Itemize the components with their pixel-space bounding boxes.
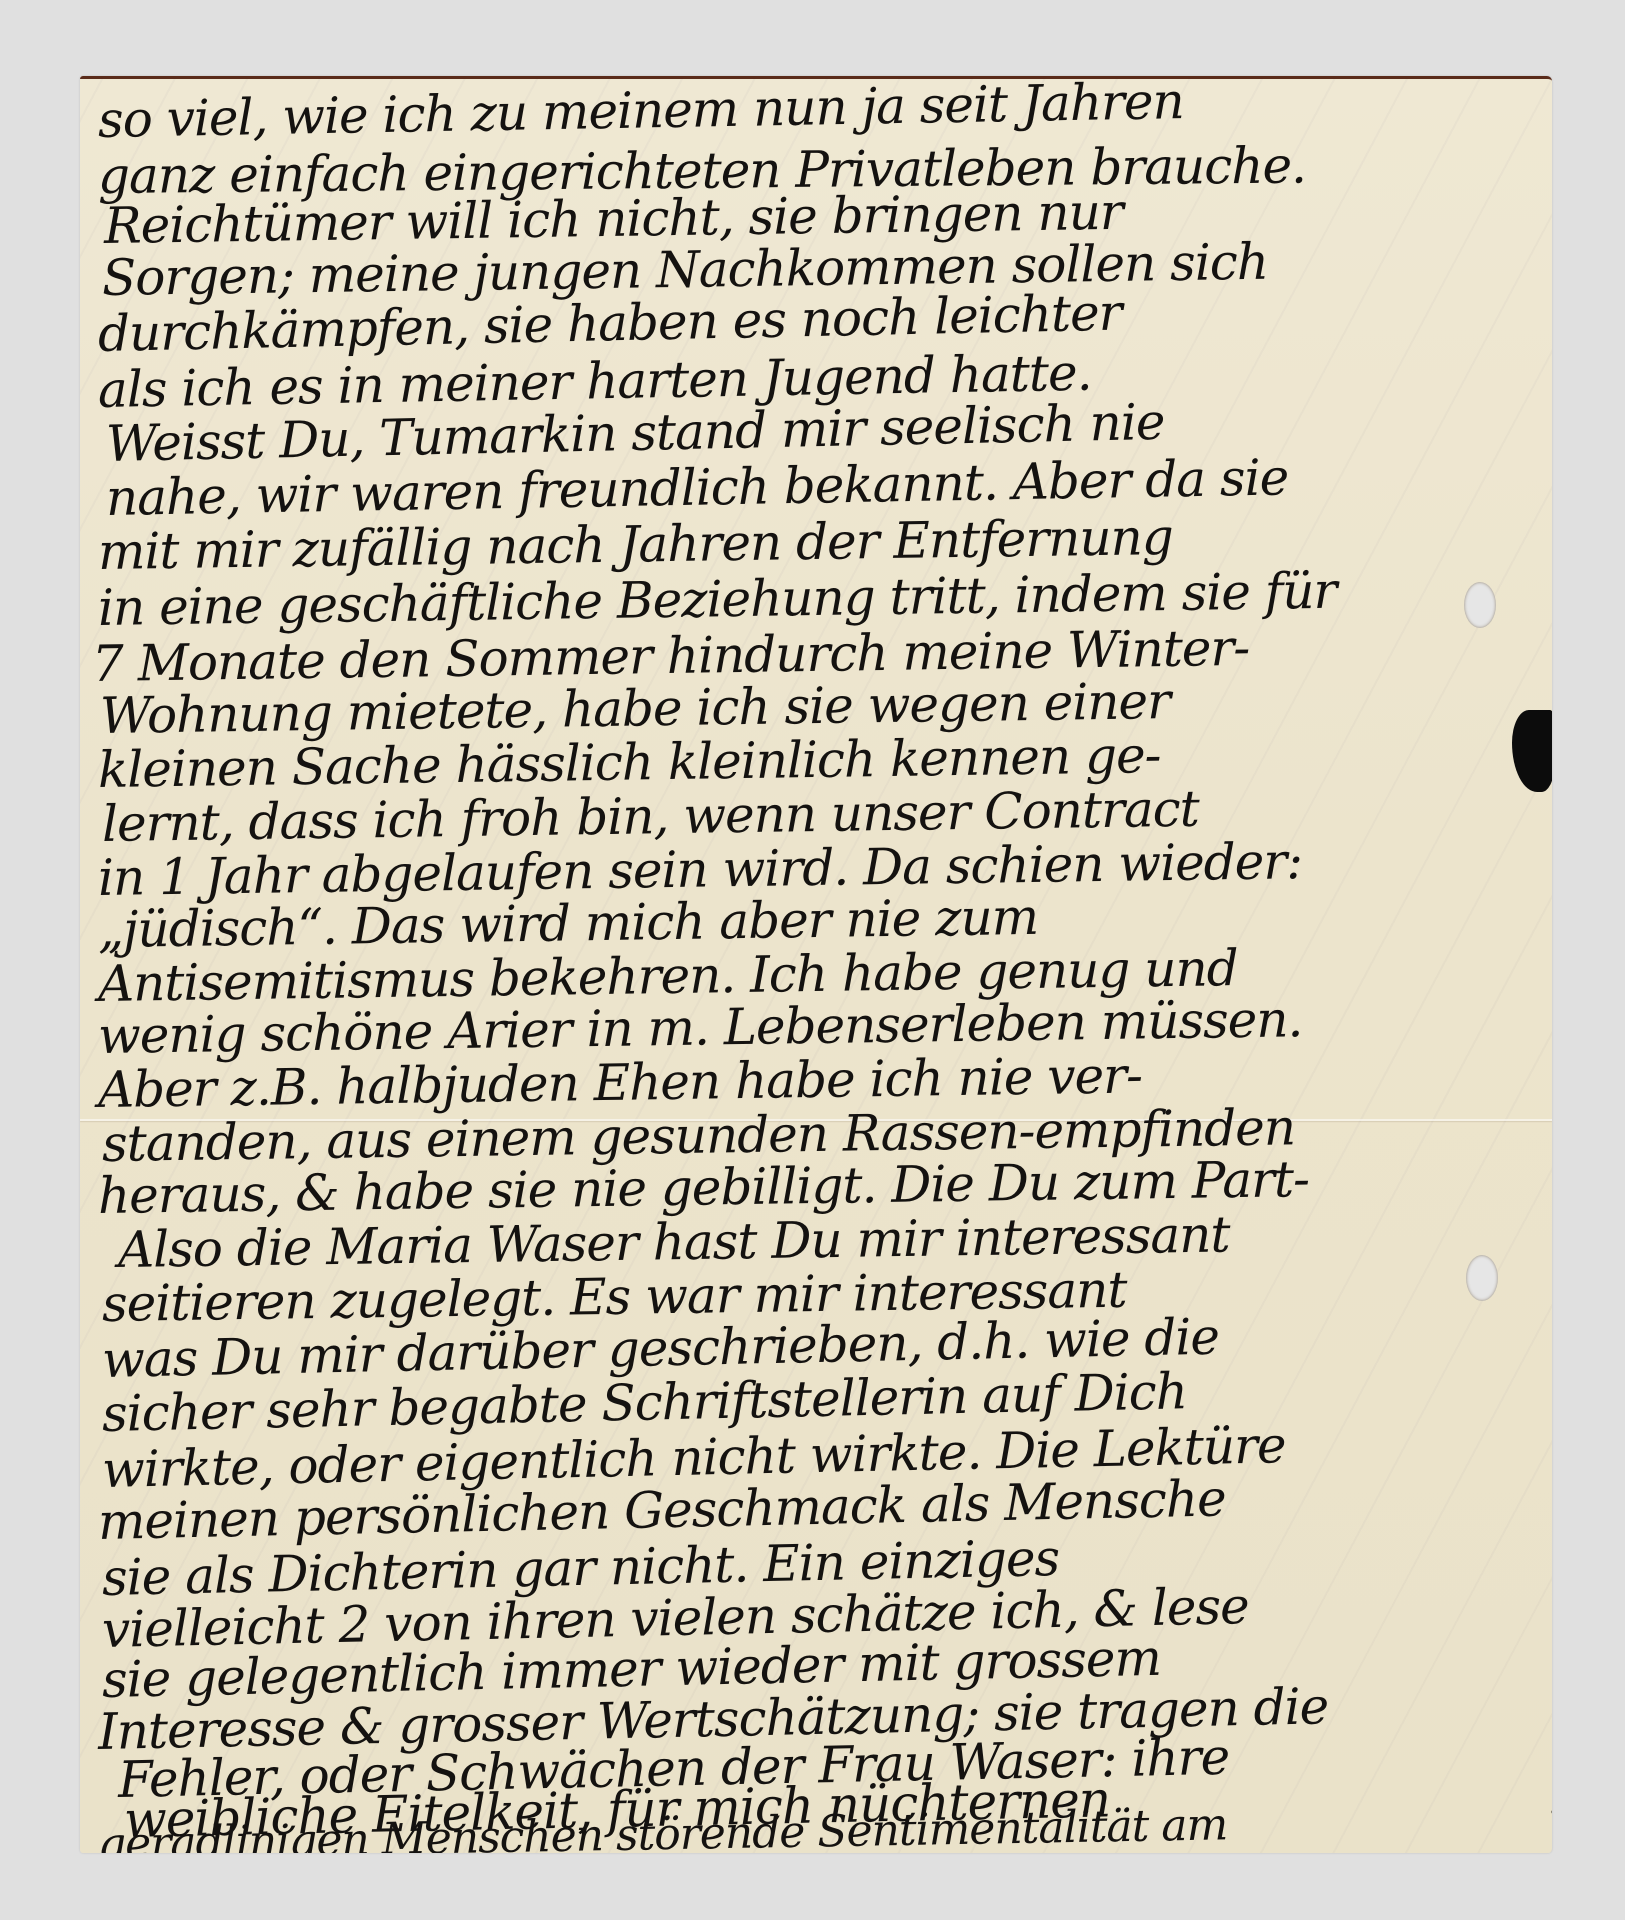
ink-blot (1512, 710, 1552, 792)
margin-note-vertical: wenigsten (1542, 1679, 1552, 1853)
punch-hole (1464, 582, 1496, 628)
letter-page: so viel, wie ich zu meinem nun ja seit J… (80, 76, 1552, 1853)
punch-hole (1466, 1255, 1498, 1301)
